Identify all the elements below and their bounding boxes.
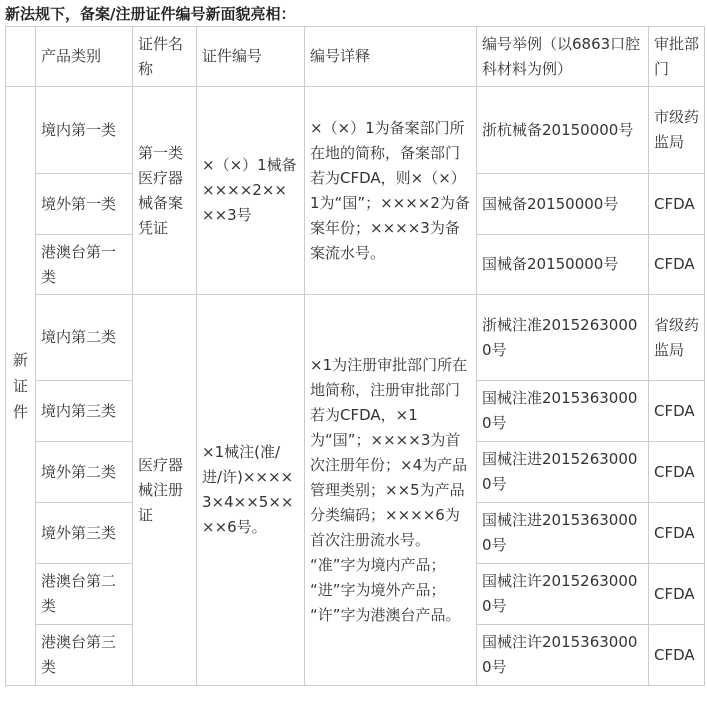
example-cell: 国械注许20153630000号: [477, 625, 649, 686]
example-cell: 国械备20150000号: [477, 235, 649, 295]
header-approval-dept: 审批部门: [649, 27, 705, 87]
category-cell: 港澳台第一类: [36, 235, 133, 295]
header-cert-number: 证件编号: [197, 27, 305, 87]
example-cell: 浙械注准20152630000号: [477, 295, 649, 381]
cert-name-cell: 第一类医疗器械备案凭证: [133, 87, 197, 295]
table-row: 境内第二类 医疗器械注册证 ×1械注(准/进/许)××××3×4××5××××6…: [6, 295, 705, 381]
certificate-number-table: 产品类别 证件名称 证件编号 编号详释 编号举例（以6863口腔科材料为例） 审…: [5, 26, 705, 686]
number-detail-cell: ×（×）1为备案部门所在地的简称，备案部门若为CFDA，则×（×）1为“国”；×…: [305, 87, 477, 295]
example-cell: 国械注准20153630000号: [477, 381, 649, 442]
number-detail-text: ×1为注册审批部门所在地简称，注册审批部门若为CFDA，×1为“国”；××××3…: [310, 356, 467, 549]
example-cell: 国械备20150000号: [477, 174, 649, 235]
dept-cell: 市级药监局: [649, 87, 705, 174]
dept-cell: 省级药监局: [649, 295, 705, 381]
table-row: 新证件 境内第一类 第一类医疗器械备案凭证 ×（×）1械备××××2××××3号…: [6, 87, 705, 174]
dept-cell: CFDA: [649, 503, 705, 564]
page-title: 新法规下，备案/注册证件编号新面貌亮相：: [5, 3, 295, 24]
example-cell: 国械注许20152630000号: [477, 564, 649, 625]
header-number-example: 编号举例（以6863口腔科材料为例）: [477, 27, 649, 87]
detail-note: “准”字为境内产品；: [310, 553, 471, 578]
cert-number-cell: ×（×）1械备××××2××××3号: [197, 87, 305, 295]
detail-note: “进”字为境外产品；: [310, 578, 471, 603]
category-cell: 港澳台第二类: [36, 564, 133, 625]
dept-cell: CFDA: [649, 442, 705, 503]
section-label-cell: 新证件: [6, 87, 36, 686]
dept-cell: CFDA: [649, 174, 705, 235]
example-cell: 浙杭械备20150000号: [477, 87, 649, 174]
cert-name-cell: 医疗器械注册证: [133, 295, 197, 686]
detail-note: “许”字为港澳台产品。: [310, 603, 471, 628]
cert-number-cell: ×1械注(准/进/许)××××3×4××5××××6号。: [197, 295, 305, 686]
category-cell: 境外第三类: [36, 503, 133, 564]
header-product-category: 产品类别: [36, 27, 133, 87]
dept-cell: CFDA: [649, 235, 705, 295]
section-label: 新证件: [13, 347, 29, 425]
category-cell: 境内第三类: [36, 381, 133, 442]
category-cell: 境外第一类: [36, 174, 133, 235]
example-cell: 国械注进20152630000号: [477, 442, 649, 503]
category-cell: 境外第二类: [36, 442, 133, 503]
dept-cell: CFDA: [649, 625, 705, 686]
category-cell: 境内第二类: [36, 295, 133, 381]
example-cell: 国械注进20153630000号: [477, 503, 649, 564]
header-number-detail: 编号详释: [305, 27, 477, 87]
category-cell: 境内第一类: [36, 87, 133, 174]
table-header-row: 产品类别 证件名称 证件编号 编号详释 编号举例（以6863口腔科材料为例） 审…: [6, 27, 705, 87]
header-cert-name: 证件名称: [133, 27, 197, 87]
category-cell: 港澳台第三类: [36, 625, 133, 686]
header-cell-empty: [6, 27, 36, 87]
number-detail-cell: ×1为注册审批部门所在地简称，注册审批部门若为CFDA，×1为“国”；××××3…: [305, 295, 477, 686]
dept-cell: CFDA: [649, 564, 705, 625]
dept-cell: CFDA: [649, 381, 705, 442]
